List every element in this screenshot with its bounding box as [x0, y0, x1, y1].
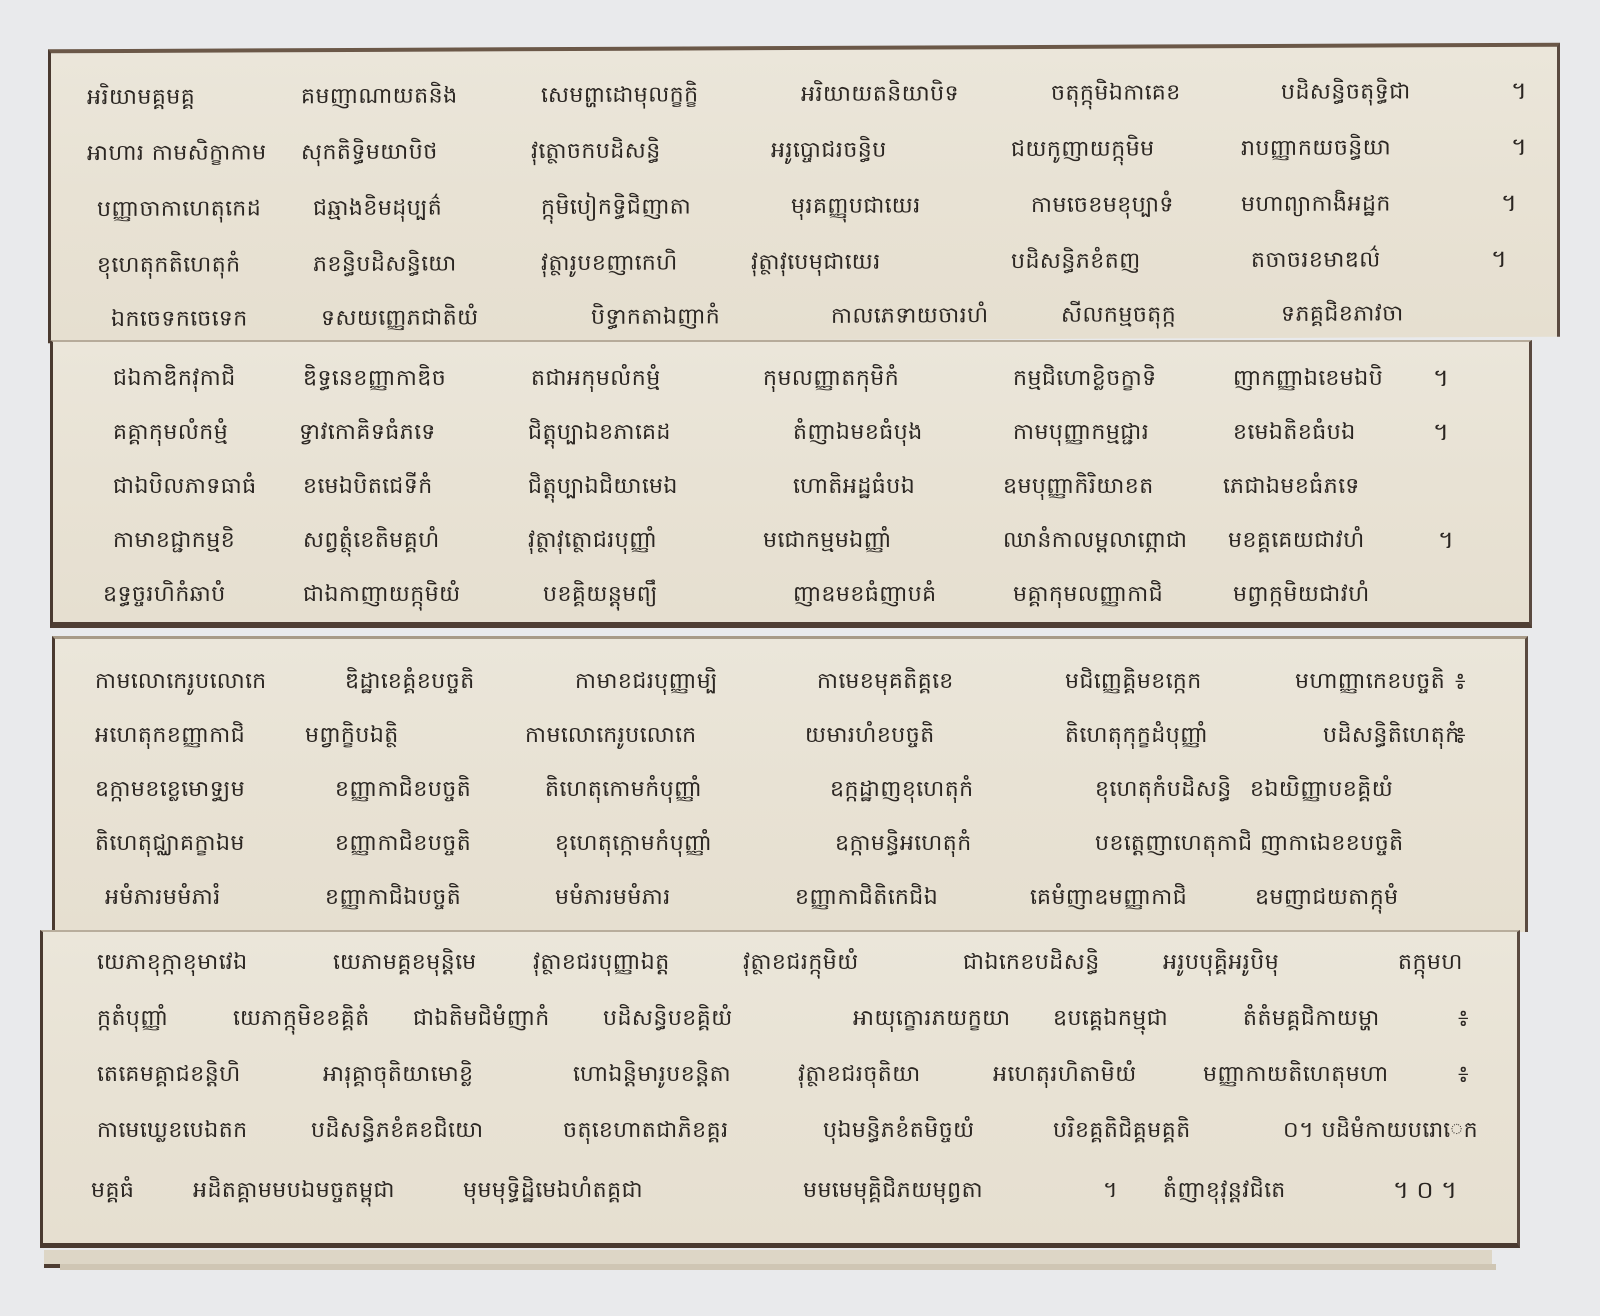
word-group: បខគ្គិយន្តុមព្យឹ: [543, 580, 658, 612]
text-line: ជឯកាឌិកវុកាជិ ឌិទ្ធនេខញ្ញាកាឌិច តជាអកុមល…: [53, 352, 1529, 408]
word-group: តំញាខុវុន្តវជិតេ: [1163, 1176, 1286, 1208]
word-group: ឈានំកាលម្ពលាព្ភោជា: [1003, 526, 1187, 558]
word-group: ឧទ្ធច្ចរហិកំឆាបំ: [103, 580, 226, 612]
word-group: តិហេតុកោមកំបុញ្ញាំ: [545, 775, 702, 807]
word-group: ញាកញ្ញាឯខេមឯបិ: [1233, 364, 1383, 396]
word-group: កាមេឃ្លេខបេឯតក: [97, 1116, 248, 1148]
word-group: ខមេឯតិខធំបឯ: [1233, 418, 1356, 450]
word-group: ញាកាឯេខខបច្ចតិ: [1260, 829, 1404, 861]
word-group: ខុហេតុក្កោមកំបុញ្ញាំ: [555, 829, 712, 861]
word-group: ខញ្ញាកាជិខបច្ចតិ: [335, 829, 471, 861]
word-group: តិហេតុជ្ឈាគក្ខាឯម: [95, 829, 245, 861]
word-group: ក្កតំបុញ្ញាំ: [97, 1004, 168, 1036]
word-group: ជិត្តុប្បាឯខភាគេដ: [528, 418, 671, 450]
word-group: តចាចរខមាឌល៌: [1251, 245, 1381, 278]
text-line: កាមលោកេរូបលោកេ ឌិដ្ឋាខេគ្គំខបច្ចតិ កាមាខ…: [55, 655, 1525, 711]
verse-end-mark: ។: [1433, 417, 1449, 452]
text-line: តិហេតុជ្ឈាគក្ខាឯម ខញ្ញាកាជិខបច្ចតិ ខុហេត…: [55, 817, 1525, 873]
word-group: អរូប្ចោជរចន្ធិប: [771, 136, 887, 169]
verse-end-mark: ។: [1511, 75, 1527, 110]
word-group: មជោកម្មមឯញ្ញាំ: [763, 526, 892, 558]
word-group: មញ្ញាកាយតិហេតុមហា: [1203, 1060, 1389, 1092]
word-group: វុត្ថាវុបេមុជាយេរ: [751, 248, 881, 281]
text-line: អហេតុកខញ្ញាកាជិ មព្វាក្ខិបឯត្ថិ កាមលោកេរ…: [55, 709, 1525, 765]
end-ornament: ។ ០ ។: [1393, 1175, 1457, 1210]
word-group: មុមមុទ្ធិដ្ឋិមេឯហំតគ្គជា: [463, 1176, 643, 1208]
manuscript-panel-2: ជឯកាឌិកវុកាជិ ឌិទ្ធនេខញ្ញាកាឌិច តជាអកុមល…: [50, 340, 1532, 628]
word-group: ជយកូញាយក្កុមិម: [1011, 134, 1155, 167]
word-group: សេមព្ហាដោមុលក្ខក្ខិ: [541, 80, 699, 113]
word-group: ឧមញាជយតាក្កុមំ: [1255, 883, 1399, 915]
word-group: អមំភារមមំភារំ: [105, 883, 221, 915]
word-group: តំញាឯមខធំបុង: [793, 418, 923, 450]
word-group: បញ្ញាចាកាហេតុកេដ: [97, 194, 261, 227]
word-group: សព្វត្ថុំខេតិមគ្គហំ: [303, 526, 440, 558]
word-group: មមំភារមមំភារ: [555, 883, 671, 915]
word-group: អាហារ កាមសិក្ខាកាម: [87, 138, 267, 171]
manuscript: អរិយាមគ្គមគ្គ គមញាណាយតនិង សេមព្ហាដោមុលក្…: [0, 0, 1600, 1316]
word-group: មគ្គធំ: [91, 1176, 134, 1208]
word-group: យេភាខុក្កាខុមាវេឯ: [97, 948, 248, 980]
word-group: ហោឯន្តិមារូបខន្តិតា: [573, 1060, 731, 1092]
verse-end-mark: ៖: [1455, 666, 1466, 701]
stacked-page-edge: [60, 1264, 1496, 1270]
text-line: ខុហេតុកតិហេតុកំ ភខន្ធិបដិសន្ធិយោ វុត្ថារ…: [51, 233, 1557, 296]
text-line: អាហារ កាមសិក្ខាកាម សុកតិទ្ធិមយាបិថ វុត្ថ…: [51, 121, 1557, 184]
word-group: ទភគ្គជិខភាវចា: [1281, 299, 1404, 332]
word-group: អារុគ្គាចុតិយាមោខ្លិ: [323, 1060, 474, 1092]
word-group: ជិត្តុប្បាឯជិយាមេឯ: [528, 472, 678, 504]
word-group: យេភាមគ្គខមុន្តិមេ: [333, 948, 477, 980]
text-line: ឧទ្ធច្ចរហិកំឆាបំ ជាឯកាញាយក្កុមិយំ បខគ្គិ…: [53, 568, 1529, 624]
word-group: មុរគញ្ញុបជាយេរ: [791, 191, 921, 224]
word-group: អដិតគ្គាមមបឯមច្ចតម្ពុជា: [193, 1176, 395, 1208]
word-group: ឧក្កដ្ឋាញខុហេតុកំ: [830, 775, 974, 807]
word-group: ភេជាឯមខធំភទេ: [1223, 472, 1360, 504]
word-group: ទសយញ្ញេភជាតិយំ: [321, 303, 479, 336]
word-group: ឧក្កាមន្ធិអហេតុកំ: [835, 829, 972, 861]
verse-end-mark: ៖: [1458, 1003, 1469, 1038]
word-group: ខញ្ញាកាជិឯបច្ចតិ: [325, 883, 461, 915]
word-group: តក្កុមហ: [1398, 948, 1463, 980]
word-group: មហាញ្ញាកេខបច្ចតិ: [1295, 667, 1445, 699]
word-group: បិទ្ធាកតាឯញាកំ: [591, 302, 720, 335]
word-group: ខមេឯបិតជេទីកំ: [303, 472, 433, 504]
verse-end-mark: ។: [1501, 187, 1517, 222]
word-group: កុមលញ្ញាតកុមិកំ: [763, 364, 899, 396]
word-group: វុត្ថារូបខញាកេហិ: [541, 249, 678, 282]
manuscript-panel-4: យេភាខុក្កាខុមាវេឯ យេភាមគ្គខមុន្តិមេ វុត្…: [40, 930, 1520, 1248]
word-group: ខឯយិញ្ញាបខគ្គិយំ: [1250, 775, 1393, 807]
word-group: ជាឯតិមជិមំញាកំ: [413, 1004, 550, 1036]
text-line: មគ្គធំ អដិតគ្គាមមបឯមច្ចតម្ពុជា មុមមុទ្ធិ…: [43, 1164, 1517, 1220]
word-group: បដិសន្ធិចតុទ្ធិជា: [1281, 77, 1411, 110]
word-group: ញាឧមខធំញាបគំ: [793, 580, 937, 612]
word-group: ឌិដ្ឋាខេគ្គំខបច្ចតិ: [345, 667, 475, 699]
word-group: កាមលោកេរូបលោកេ: [525, 721, 697, 753]
word-group: ឯកចេទកចេទេក: [111, 304, 248, 337]
word-group: ជឆ្មាងខិមដុប្បត៌: [313, 194, 442, 227]
word-group: ជាឯបិលភាទធាធំ: [113, 472, 257, 504]
word-group: រាបញ្ញាកយចន្ធិយា: [1241, 133, 1391, 166]
word-group: អរូបបុគ្គិអរូបិមុ: [1163, 948, 1279, 980]
verse-end-mark: ។: [1438, 525, 1454, 560]
word-group: ចតុក្កុមិឯកាគេខ: [1051, 78, 1181, 111]
word-group: វុត្ថាខជរចុតិយា: [798, 1060, 921, 1092]
word-group: វុត្ថាខជរបុញ្ញាឯត្ត: [533, 948, 670, 980]
word-group: គគ្គាកុមលំកម្មំ: [113, 418, 228, 450]
word-group: វុត្ថាខជរក្កុមិយំ: [743, 948, 859, 980]
word-group: បដិសន្ធិតិហេតុកំ: [1323, 721, 1460, 753]
word-group: មគ្គាកុមលញ្ញាកាជិ: [1013, 580, 1163, 612]
word-group: អរិយាយតនិយាបិទ: [801, 79, 959, 112]
word-group: មហាព្យាកាងិអដ្ឋក: [1241, 189, 1391, 222]
verse-end-mark: ។: [1511, 131, 1527, 166]
word-group: ខញ្ញាកាជិតិកេជិឯ: [795, 883, 938, 915]
word-group: មព្វាក្កមិយជាវហំ: [1233, 580, 1370, 612]
word-group: មព្វាក្ខិបឯត្ថិ: [305, 721, 399, 753]
word-group: កាលភេទាយចារហំ: [831, 301, 989, 334]
word-group: មជិញ្ញេគ្គិមខក្កេក: [1065, 667, 1202, 699]
word-group: អហេតុរហិតាមិយំ: [993, 1060, 1137, 1092]
word-group: កាមាខជ្ជាកម្មខិ: [113, 526, 235, 558]
word-group: ខញ្ញាកាជិខបច្ចតិ: [335, 775, 471, 807]
word-group: ឧបគ្គេឯកម្មុជា: [1053, 1004, 1168, 1036]
word-group: គេមំញាឧមញ្ញាកាជិ: [1030, 883, 1187, 915]
manuscript-panel-3: កាមលោកេរូបលោកេ ឌិដ្ឋាខេគ្គំខបច្ចតិ កាមាខ…: [52, 636, 1528, 932]
word-group: កាមាខជរបុញ្ញាម្បិ: [575, 667, 718, 699]
word-group: តជាអកុមលំកម្មំ: [531, 364, 661, 396]
text-line: គគ្គាកុមលំកម្មំ ទ្វាវកោគិទធំភទេ ជិត្តុប្…: [53, 406, 1529, 462]
word-group: បដិសន្ធិបខគ្គិយំ: [603, 1004, 733, 1036]
text-line: តេគេមគ្គាជខន្តិហិ អារុគ្គាចុតិយាមោខ្លិ ហ…: [43, 1048, 1517, 1104]
verse-end-mark: ៖: [1458, 1059, 1469, 1094]
word-group: ហោតិអដ្ឋធំបឯ: [793, 472, 915, 504]
text-line: យេភាខុក្កាខុមាវេឯ យេភាមគ្គខមុន្តិមេ វុត្…: [43, 936, 1517, 992]
word-group: កម្មជិហោខ្លិចក្ខាទិ: [1013, 364, 1157, 396]
text-line: កាមេឃ្លេខបេឯតក បដិសន្ធិភខំគខជិយោ ចតុខេហា…: [43, 1104, 1517, 1160]
text-line: បញ្ញាចាកាហេតុកេដ ជឆ្មាងខិមដុប្បត៌ ក្កុមិ…: [51, 177, 1557, 240]
manuscript-panel-1: អរិយាមគ្គមគ្គ គមញាណាយតនិង សេមព្ហាដោមុលក្…: [48, 43, 1560, 344]
text-line: កាមាខជ្ជាកម្មខិ សព្វត្ថុំខេតិមគ្គហំ វុត្…: [53, 514, 1529, 570]
text-line: ក្កតំបុញ្ញាំ យេភាក្កុមិខខគ្គិតំ ជាឯតិមជិ…: [43, 992, 1517, 1048]
word-group: ឧមបុញ្ញាកិរិយាខត: [1003, 472, 1154, 504]
word-group: តំតំមគ្គជិកាយម្ហា: [1243, 1004, 1380, 1036]
word-group: តេគេមគ្គាជខន្តិហិ: [97, 1060, 241, 1092]
word-group: កាមេខមុគតិគ្គខេ: [817, 667, 954, 699]
word-group: ០។ បដិមំកាយបរោេក: [1283, 1116, 1478, 1148]
text-line: អមំភារមមំភារំ ខញ្ញាកាជិឯបច្ចតិ មមំភារមមំ…: [55, 871, 1525, 927]
word-group: ទ្វាវកោគិទធំភទេ: [299, 418, 436, 450]
word-group: អហេតុកខញ្ញាកាជិ: [95, 721, 245, 753]
verse-end-mark: ។: [1491, 243, 1507, 278]
word-group: បខត្តេញាហេតុកាជិ: [1095, 829, 1253, 861]
word-group: ជាឯកាញាយក្កុមិយំ: [303, 580, 461, 612]
word-group: បដិសន្ធិភខំគខជិយោ: [311, 1116, 484, 1148]
word-group: ឌិទ្ធនេខញ្ញាកាឌិច: [303, 364, 446, 396]
word-group: យមារហំខបច្ចតិ: [805, 721, 935, 753]
word-group: ជឯកាឌិកវុកាជិ: [113, 364, 236, 396]
word-group: បុឯមន្ធិភខំតមិច្ចយំ: [823, 1116, 975, 1148]
word-group: សុកតិទ្ធិមយាបិថ: [301, 138, 438, 171]
word-group: កាមចេខមខុប្បាទំ: [1031, 190, 1174, 223]
word-group: វុត្ថាវុត្ថោជរបុញ្ញាំ: [528, 526, 657, 558]
word-group: ក្កុមិបៀកទ្ធិជិញាតា: [541, 192, 691, 225]
word-group: តិហេតុកុក្ខដំបុញ្ញាំ: [1065, 721, 1208, 753]
word-group: អរិយាមគ្គមគ្គ: [87, 83, 195, 115]
word-group: បរិខគ្គតិជិគ្គមគ្គតិ: [1053, 1116, 1191, 1148]
word-group: ។: [1103, 1176, 1118, 1208]
word-group: គមញាណាយតនិង: [301, 82, 458, 115]
word-group: ខុហេតុកំបដិសន្ធិ: [1095, 775, 1232, 807]
text-line: អរិយាមគ្គមគ្គ គមញាណាយតនិង សេមព្ហាដោមុលក្…: [51, 65, 1557, 128]
word-group: មខគ្គគេយជាវហំ: [1228, 526, 1365, 558]
word-group: បដិសន្ធិភខំតញ: [1011, 247, 1141, 280]
word-group: ឧក្កាមខខ្លេមោទ្ធ្យម: [95, 775, 245, 807]
text-line: ជាឯបិលភាទធាធំ ខមេឯបិតជេទីកំ ជិត្តុប្បាឯជ…: [53, 460, 1529, 516]
word-group: វុត្ថោចកបដិសន្ធិ: [531, 137, 661, 170]
word-group: យេភាក្កុមិខខគ្គិតំ: [233, 1004, 370, 1036]
word-group: កាមបុញ្ញាកម្មជ្ជារ: [1013, 418, 1149, 450]
word-group: ខុហេតុកតិហេតុកំ: [97, 250, 241, 283]
word-group: អាយុក្ខោរភយក្ខយា: [853, 1004, 1011, 1036]
word-group: ភខន្ធិបដិសន្ធិយោ: [313, 250, 457, 283]
verse-end-mark: ៖: [1455, 720, 1466, 755]
word-group: សីលកម្មចតុក្ក: [1061, 300, 1176, 333]
word-group: មមមេមុគ្គិជិភយមុព្វតា: [803, 1176, 983, 1208]
word-group: ជាឯកេខបដិសន្ធិ: [963, 948, 1100, 980]
word-group: កាមលោកេរូបលោកេ: [95, 667, 267, 699]
word-group: ចតុខេហាតជាភិខគ្គរ: [563, 1116, 729, 1148]
text-line: ឧក្កាមខខ្លេមោទ្ធ្យម ខញ្ញាកាជិខបច្ចតិ តិហ…: [55, 763, 1525, 819]
verse-end-mark: ។: [1433, 363, 1449, 398]
